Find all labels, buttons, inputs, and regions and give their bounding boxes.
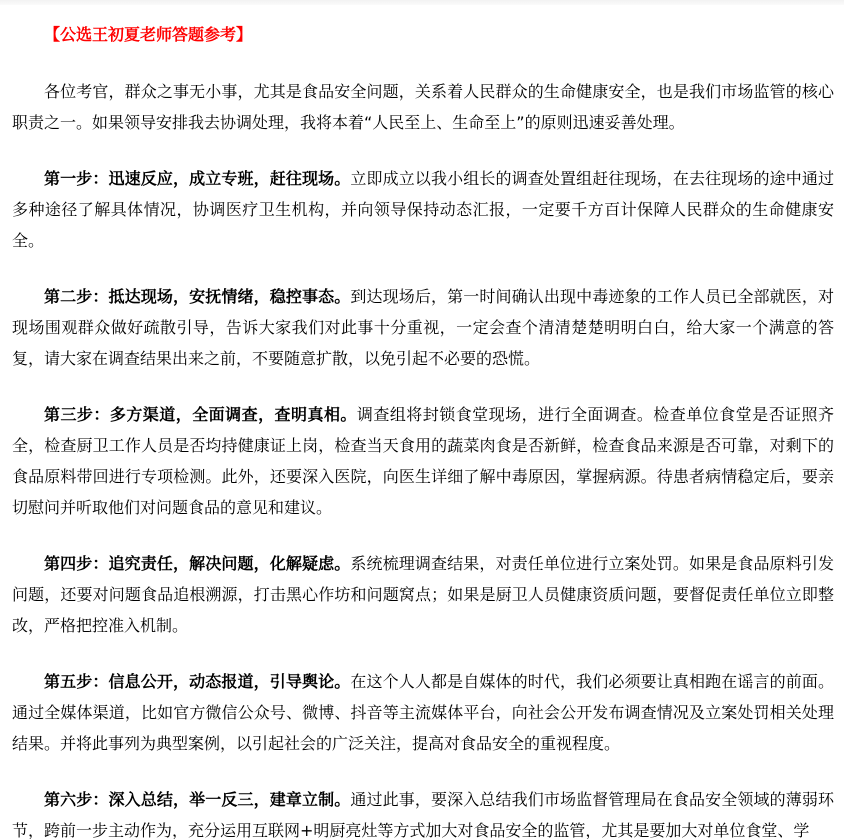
step-heading: 第四步：追究责任，解决问题，化解疑虑。 xyxy=(44,554,350,573)
step-heading: 第六步：深入总结，举一反三，建章立制。 xyxy=(44,790,350,809)
document-body: 【公选王初夏老师答题参考】 各位考官，群众之事无小事，尤其是食品安全问题，关系着… xyxy=(0,5,844,839)
step-heading: 第三步：多方渠道，全面调查，查明真相。 xyxy=(44,405,357,424)
paragraph-text: 各位考官，群众之事无小事，尤其是食品安全问题，关系着人民群众的生命健康安全，也是… xyxy=(12,82,834,132)
paragraph-intro: 各位考官，群众之事无小事，尤其是食品安全问题，关系着人民群众的生命健康安全，也是… xyxy=(12,76,834,138)
paragraph-step-4: 第四步：追究责任，解决问题，化解疑虑。系统梳理调查结果，对责任单位进行立案处罚。… xyxy=(12,548,834,641)
paragraph-step-1: 第一步：迅速反应，成立专班，赶往现场。立即成立以我小组长的调查处置组赶往现场，在… xyxy=(12,163,834,256)
step-heading: 第一步：迅速反应，成立专班，赶往现场。 xyxy=(44,169,350,188)
paragraph-step-3: 第三步：多方渠道，全面调查，查明真相。调查组将封锁食堂现场，进行全面调查。检查单… xyxy=(12,399,834,523)
paragraph-step-6: 第六步：深入总结，举一反三，建章立制。通过此事，要深入总结我们市场监督管理局在食… xyxy=(12,784,834,839)
paragraph-step-2: 第二步：抵达现场，安抚情绪，稳控事态。到达现场后，第一时间确认出现中毒迹象的工作… xyxy=(12,281,834,374)
step-heading: 第五步：信息公开，动态报道，引导舆论。 xyxy=(44,672,350,691)
step-heading: 第二步：抵达现场，安抚情绪，稳控事态。 xyxy=(44,287,350,306)
doc-title: 【公选王初夏老师答题参考】 xyxy=(12,19,834,50)
paragraph-step-5: 第五步：信息公开，动态报道，引导舆论。在这个人人都是自媒体的时代，我们必须要让真… xyxy=(12,666,834,759)
